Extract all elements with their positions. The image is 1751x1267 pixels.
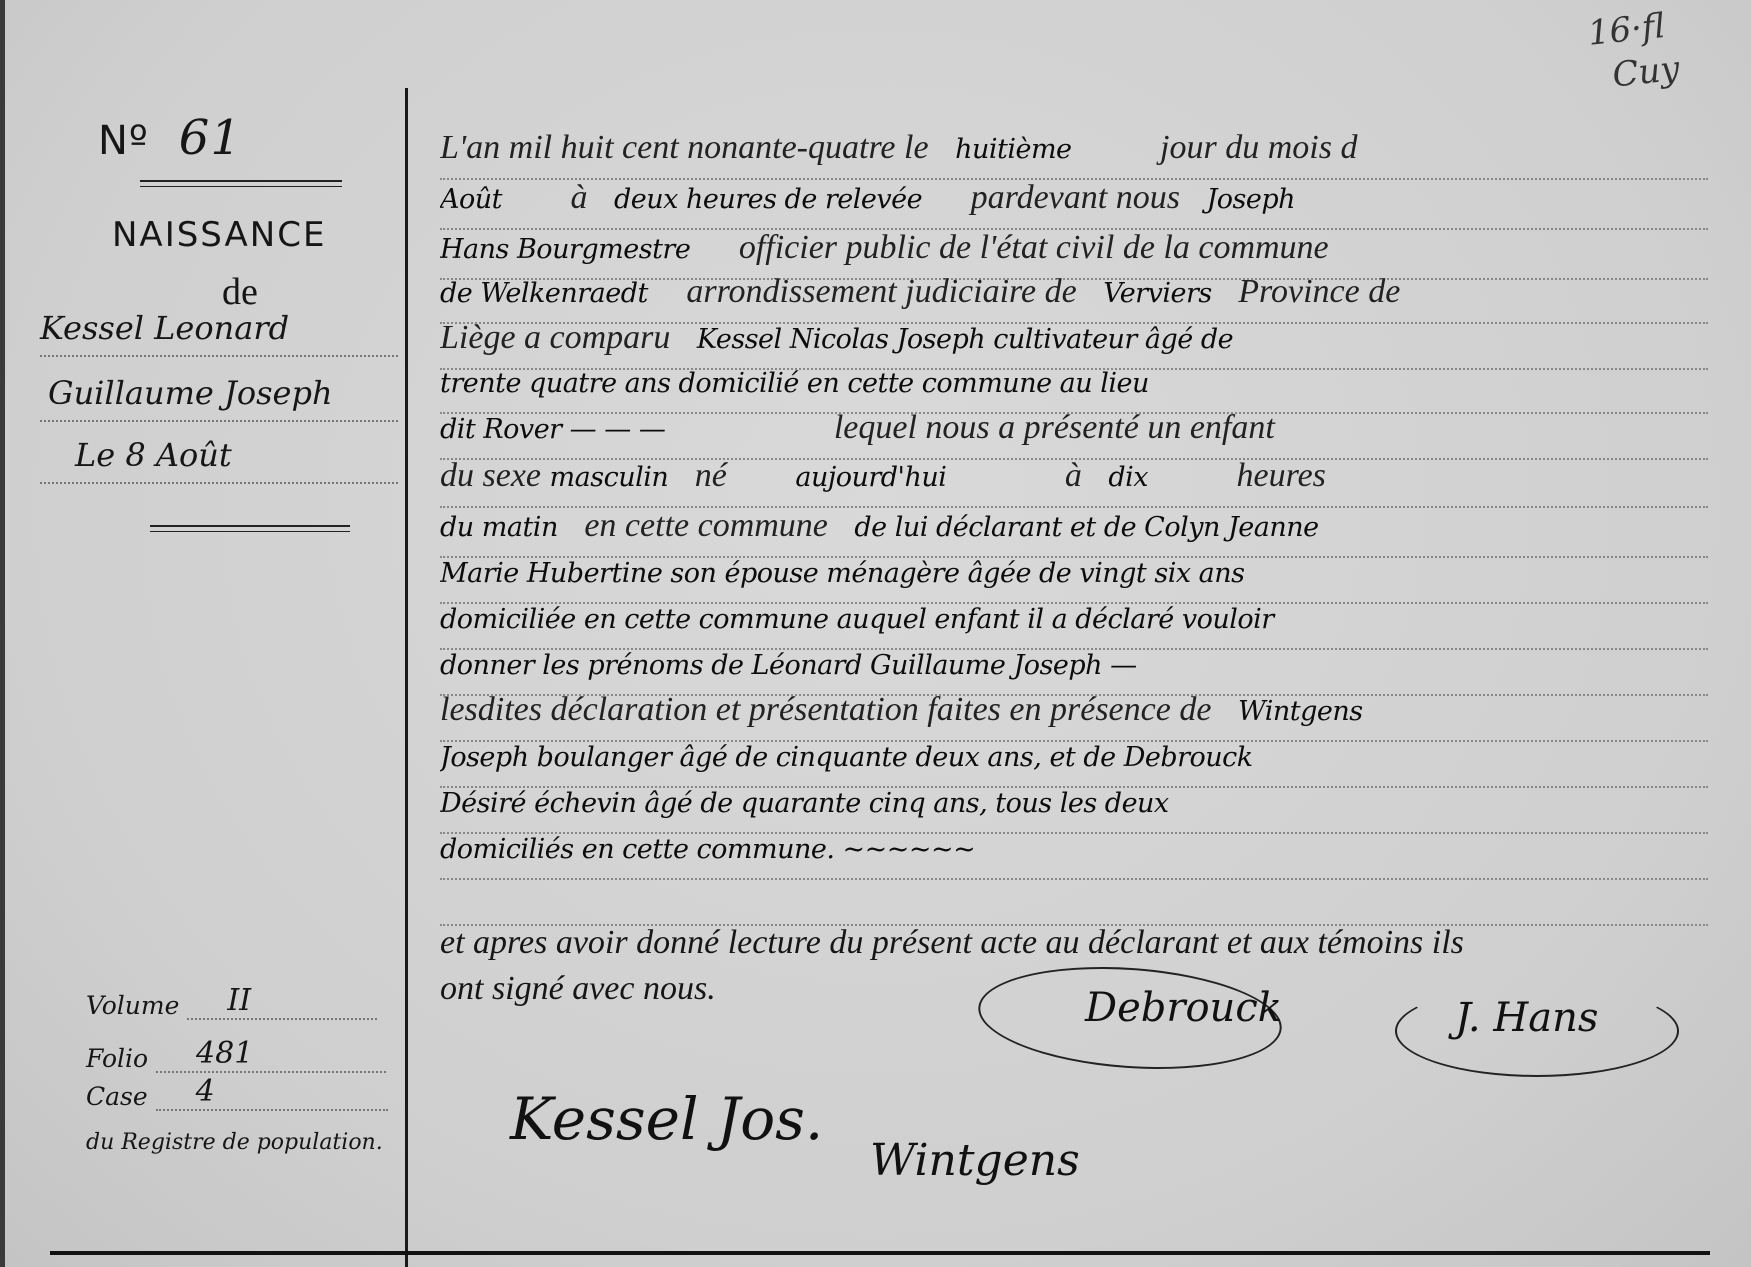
handwritten-text: huitième [955,134,1071,165]
printed-text: jour du mois d [1160,129,1357,166]
printed-text: lequel nous a présenté un enfant [834,409,1275,446]
handwritten-text: Wintgens [1238,696,1363,727]
case-label: Case [86,1082,148,1111]
act-type-title: NAISSANCE [112,215,326,255]
signature-hans: J. Hans [1455,995,1598,1041]
register-case: Case 4 [86,1081,388,1111]
volume-label: Volume [86,991,179,1020]
printed-text: heures [1237,457,1326,494]
volume-value: II [227,983,251,1018]
handwritten-text: Marie Hubertine son épouse ménagère âgée… [440,558,1245,589]
printed-text: à [1065,457,1082,494]
printed-text: Province de [1238,273,1400,310]
printed-text: pardevant nous [971,179,1180,216]
printed-text: L'an mil huit cent nonante-quatre le [440,129,929,166]
page-edge [0,0,5,1267]
subject-name-line-1: Kessel Leonard [40,303,398,357]
handwritten-text: de Welkenraedt [440,278,648,309]
register-footer: du Registre de population. [86,1130,383,1155]
printed-text: en cette commune [584,507,828,544]
register-volume: Volume II [86,990,377,1020]
handwritten-text: dit Rover — — — [440,414,665,445]
signature-debrouck: Debrouck [1085,985,1282,1031]
handwritten-text: trente quatre ans domicilié en cette com… [440,368,1149,399]
handwritten-text: du matin [440,512,558,543]
register-page: 16·fl Cuy Nº61 NAISSANCE de Kessel Leona… [0,0,1751,1267]
folio-value: 481 [196,1036,253,1071]
column-divider [405,88,408,1267]
handwritten-text: domiciliée en cette commune auquel enfan… [440,604,1274,635]
act-number-value: 61 [179,110,242,166]
bottom-rule [50,1251,1710,1255]
register-folio: Folio 481 [86,1043,386,1073]
handwritten-text: masculin [550,462,669,493]
handwritten-text: Kessel Nicolas Joseph cultivateur âgé de [697,324,1233,355]
printed-text: Liège a comparu [440,319,670,356]
handwritten-text: de lui déclarant et de Colyn Jeanne [854,512,1318,543]
handwritten-text: Verviers [1103,278,1212,309]
case-value: 4 [196,1074,215,1109]
subject-date-line: Le 8 Août [40,430,398,484]
handwritten-text: Désiré échevin âgé de quarante cinq ans,… [440,788,1169,819]
handwritten-text: Août [440,184,502,215]
act-number: Nº61 [98,110,242,166]
printed-text: à [571,179,588,216]
handwritten-text: Joseph [1206,184,1295,215]
printed-text: officier public de l'état civil de la co… [739,229,1329,266]
title-rule [140,180,342,187]
handwritten-text: Hans Bourgmestre [440,234,690,265]
printed-text: lesdites déclaration et présentation fai… [440,691,1211,728]
handwritten-text: aujourd'hui [795,462,946,493]
printed-text: né [695,457,727,494]
margin-rule [150,525,350,532]
subject-name-line-2: Guillaume Joseph [40,368,398,422]
signature-wintgens: Wintgens [870,1135,1080,1186]
printed-text: du sexe [440,457,541,494]
printed-text: arrondissement judiciaire de [686,273,1076,310]
handwritten-text: deux heures de relevée [614,184,922,215]
signature-kessel: Kessel Jos. [510,1085,823,1153]
act-number-label: Nº [98,118,149,164]
folio-label: Folio [86,1044,148,1073]
handwritten-text: domiciliés en cette commune. ~~~~~~ [440,834,975,865]
handwritten-text: Joseph boulanger âgé de cinquante deux a… [440,742,1253,773]
handwritten-text: dix [1108,462,1148,493]
handwritten-text: donner les prénoms de Léonard Guillaume … [440,650,1137,681]
corner-annotation: 16·fl Cuy [1586,0,1744,100]
